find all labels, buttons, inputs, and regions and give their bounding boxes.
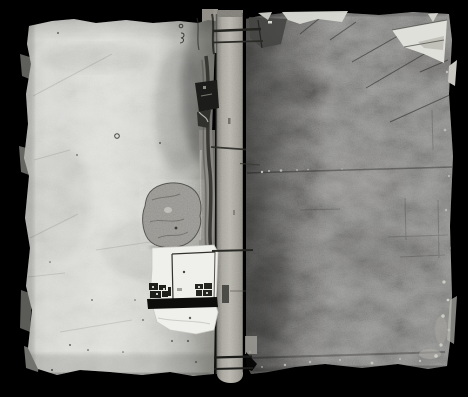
page-bottom-shadow [38, 373, 210, 375]
photo-stage [0, 0, 468, 397]
book-photograph [0, 0, 468, 397]
cover-bottom-notch [245, 336, 257, 371]
left-front-page [20, 10, 238, 380]
spine-dark-mark [222, 285, 229, 303]
right-back-cover [244, 10, 458, 378]
label-thick-bar [147, 297, 218, 309]
spine-binding-strip [215, 10, 245, 383]
